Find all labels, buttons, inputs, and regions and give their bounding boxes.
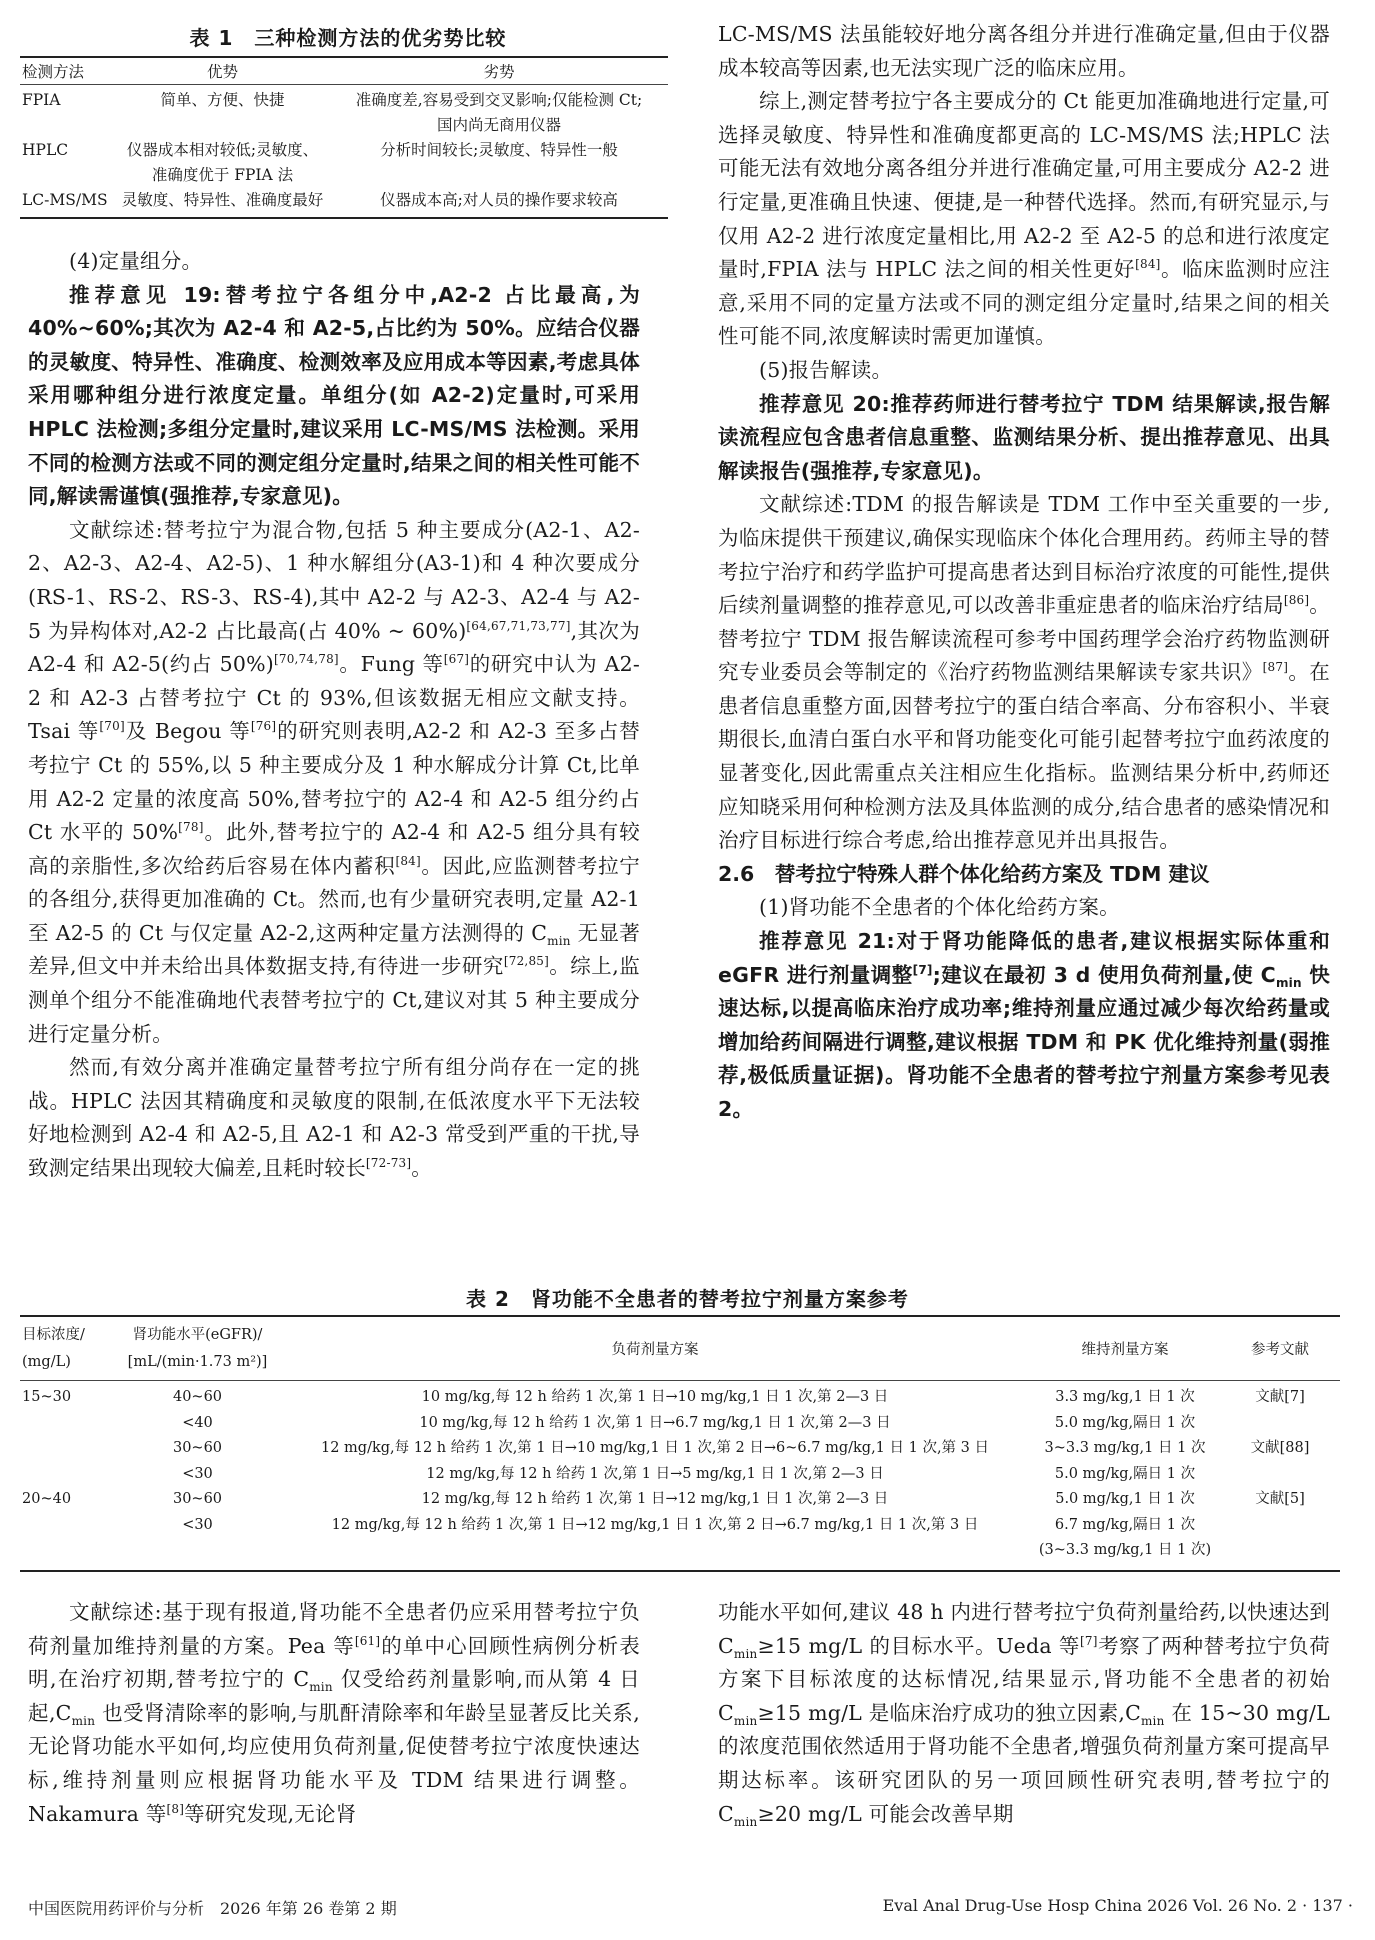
table2-header-target: 目标浓度/ xyxy=(22,1322,115,1349)
citation: [72-73] xyxy=(366,1156,411,1170)
section-heading-2-6: 2.6 替考拉宁特殊人群个体化给药方案及 TDM 建议 xyxy=(718,858,1330,892)
table1: 检测方法 优势 劣势 FPIA 简单、方便、快捷 准确度差,容易受到交叉影响;仅… xyxy=(20,56,668,219)
table2-row: 30~60 12 mg/kg,每 12 h 给药 1 次,第 1 日→10 mg… xyxy=(20,1436,1340,1462)
table1-title: 表 1 三种检测方法的优劣势比较 xyxy=(28,22,668,51)
table1-cell-pros: 准确度优于 FPIA 法 xyxy=(115,163,330,188)
paragraph-continuation: LC-MS/MS 法虽能较好地分离各组分并进行准确定量,但由于仪器成本较高等因素… xyxy=(718,18,1330,85)
table1-row: LC-MS/MS 灵敏度、特异性、准确度最好 仪器成本高;对人员的操作要求较高 xyxy=(20,188,668,213)
table1-header-pros: 优势 xyxy=(115,60,330,82)
table1-cell-cons: 国内尚无商用仪器 xyxy=(330,113,668,138)
journal-footer-chinese: 中国医院用药评价与分析 2026 年第 26 卷第 2 期 xyxy=(28,1896,397,1919)
table1-header-cons: 劣势 xyxy=(330,60,668,82)
table1-cell-pros: 仪器成本相对较低;灵敏度、 xyxy=(115,138,330,163)
literature-review-challenges: 然而,有效分离并准确定量替考拉宁所有组分尚存在一定的挑战。HPLC 法因其精确度… xyxy=(28,1051,640,1185)
citation: [67] xyxy=(444,652,469,666)
table2-row: 15~30 40~60 10 mg/kg,每 12 h 给药 1 次,第 1 日… xyxy=(20,1385,1340,1411)
citation: [8] xyxy=(166,1802,184,1816)
table1-cell-method: FPIA xyxy=(20,88,115,138)
journal-footer-english: Eval Anal Drug-Use Hosp China 2026 Vol. … xyxy=(883,1896,1353,1915)
citation: [76] xyxy=(251,719,276,733)
table1-header-method: 检测方法 xyxy=(20,60,115,82)
left-column: (4)定量组分。 推荐意见 19:替考拉宁各组分中,A2-2 占比最高,为 40… xyxy=(28,245,640,1186)
recommendation-19: 推荐意见 19:替考拉宁各组分中,A2-2 占比最高,为 40%~60%;其次为… xyxy=(28,279,640,514)
table2-header-maintenance: 维持剂量方案 xyxy=(1030,1338,1220,1359)
table2-header-reference: 参考文献 xyxy=(1220,1338,1340,1359)
citation: [72,85] xyxy=(504,955,549,969)
citation: [86] xyxy=(1284,593,1309,607)
citation: [78] xyxy=(178,820,203,834)
right-column: LC-MS/MS 法虽能较好地分离各组分并进行准确定量,但由于仪器成本较高等因素… xyxy=(718,18,1330,1127)
table1-cell-cons: 分析时间较长;灵敏度、特异性一般 xyxy=(330,138,668,163)
literature-review-renal-continued: 功能水平如何,建议 48 h 内进行替考拉宁负荷剂量给药,以快速达到 Cmin≥… xyxy=(718,1596,1330,1831)
subheading-renal-impairment: (1)肾功能不全患者的个体化给药方案。 xyxy=(718,891,1330,925)
citation: [64,67,71,73,77] xyxy=(466,619,570,633)
table2-row: <30 12 mg/kg,每 12 h 给药 1 次,第 1 日→12 mg/k… xyxy=(20,1513,1340,1564)
citation: [7] xyxy=(913,963,933,977)
table1-cell-pros: 简单、方便、快捷 xyxy=(115,88,330,113)
table1-cell-cons: 准确度差,容易受到交叉影响;仅能检测 Ct; xyxy=(330,88,668,113)
table2-row: <30 12 mg/kg,每 12 h 给药 1 次,第 1 日→5 mg/kg… xyxy=(20,1462,1340,1488)
table2-row: 20~40 30~60 12 mg/kg,每 12 h 给药 1 次,第 1 日… xyxy=(20,1487,1340,1513)
table2-title: 表 2 肾功能不全患者的替考拉宁剂量方案参考 xyxy=(0,1283,1375,1312)
citation: [84] xyxy=(395,854,420,868)
subheading-quantitative-components: (4)定量组分。 xyxy=(28,245,640,279)
citation: [84] xyxy=(1135,257,1160,271)
table2-header-loading: 负荷剂量方案 xyxy=(280,1338,1030,1359)
citation: [87] xyxy=(1263,660,1288,674)
literature-review-renal: 文献综述:基于现有报道,肾功能不全患者仍应采用替考拉宁负荷剂量加维持剂量的方案。… xyxy=(28,1596,640,1831)
citation: [70,74,78] xyxy=(274,652,339,666)
table1-row: HPLC 仪器成本相对较低;灵敏度、 准确度优于 FPIA 法 分析时间较长;灵… xyxy=(20,138,668,188)
literature-review-components: 文献综述:替考拉宁为混合物,包括 5 种主要成分(A2-1、A2-2、A2-3、… xyxy=(28,514,640,1052)
recommendation-20: 推荐意见 20:推荐药师进行替考拉宁 TDM 结果解读,报告解读流程应包含患者信… xyxy=(718,388,1330,489)
table1-cell-cons: 仪器成本高;对人员的操作要求较高 xyxy=(330,188,668,213)
bottom-right-column: 功能水平如何,建议 48 h 内进行替考拉宁负荷剂量给药,以快速达到 Cmin≥… xyxy=(718,1596,1330,1831)
summary-paragraph: 综上,测定替考拉宁各主要成分的 Ct 能更加准确地进行定量,可选择灵敏度、特异性… xyxy=(718,85,1330,354)
table2: 目标浓度/ (mg/L) 肾功能水平(eGFR)/ [mL/(min·1.73 … xyxy=(20,1315,1340,1572)
citation: [7] xyxy=(1080,1634,1098,1648)
table2-header: 目标浓度/ (mg/L) 肾功能水平(eGFR)/ [mL/(min·1.73 … xyxy=(20,1317,1340,1381)
table1-cell-method: HPLC xyxy=(20,138,115,188)
table1-row: FPIA 简单、方便、快捷 准确度差,容易受到交叉影响;仅能检测 Ct; 国内尚… xyxy=(20,88,668,138)
table2-row: <40 10 mg/kg,每 12 h 给药 1 次,第 1 日→6.7 mg/… xyxy=(20,1411,1340,1437)
recommendation-21: 推荐意见 21:对于肾功能降低的患者,建议根据实际体重和 eGFR 进行剂量调整… xyxy=(718,925,1330,1127)
subheading-report-interpretation: (5)报告解读。 xyxy=(718,354,1330,388)
bottom-left-column: 文献综述:基于现有报道,肾功能不全患者仍应采用替考拉宁负荷剂量加维持剂量的方案。… xyxy=(28,1596,640,1831)
table1-cell-method: LC-MS/MS xyxy=(20,188,115,213)
citation: [61] xyxy=(355,1634,380,1648)
literature-review-tdm-report: 文献综述:TDM 的报告解读是 TDM 工作中至关重要的一步,为临床提供干预建议… xyxy=(718,488,1330,858)
table1-cell-pros: 灵敏度、特异性、准确度最好 xyxy=(115,188,330,213)
table2-header-egfr: 肾功能水平(eGFR)/ xyxy=(115,1322,280,1349)
table1-header: 检测方法 优势 劣势 xyxy=(20,58,668,85)
citation: [70] xyxy=(99,719,124,733)
